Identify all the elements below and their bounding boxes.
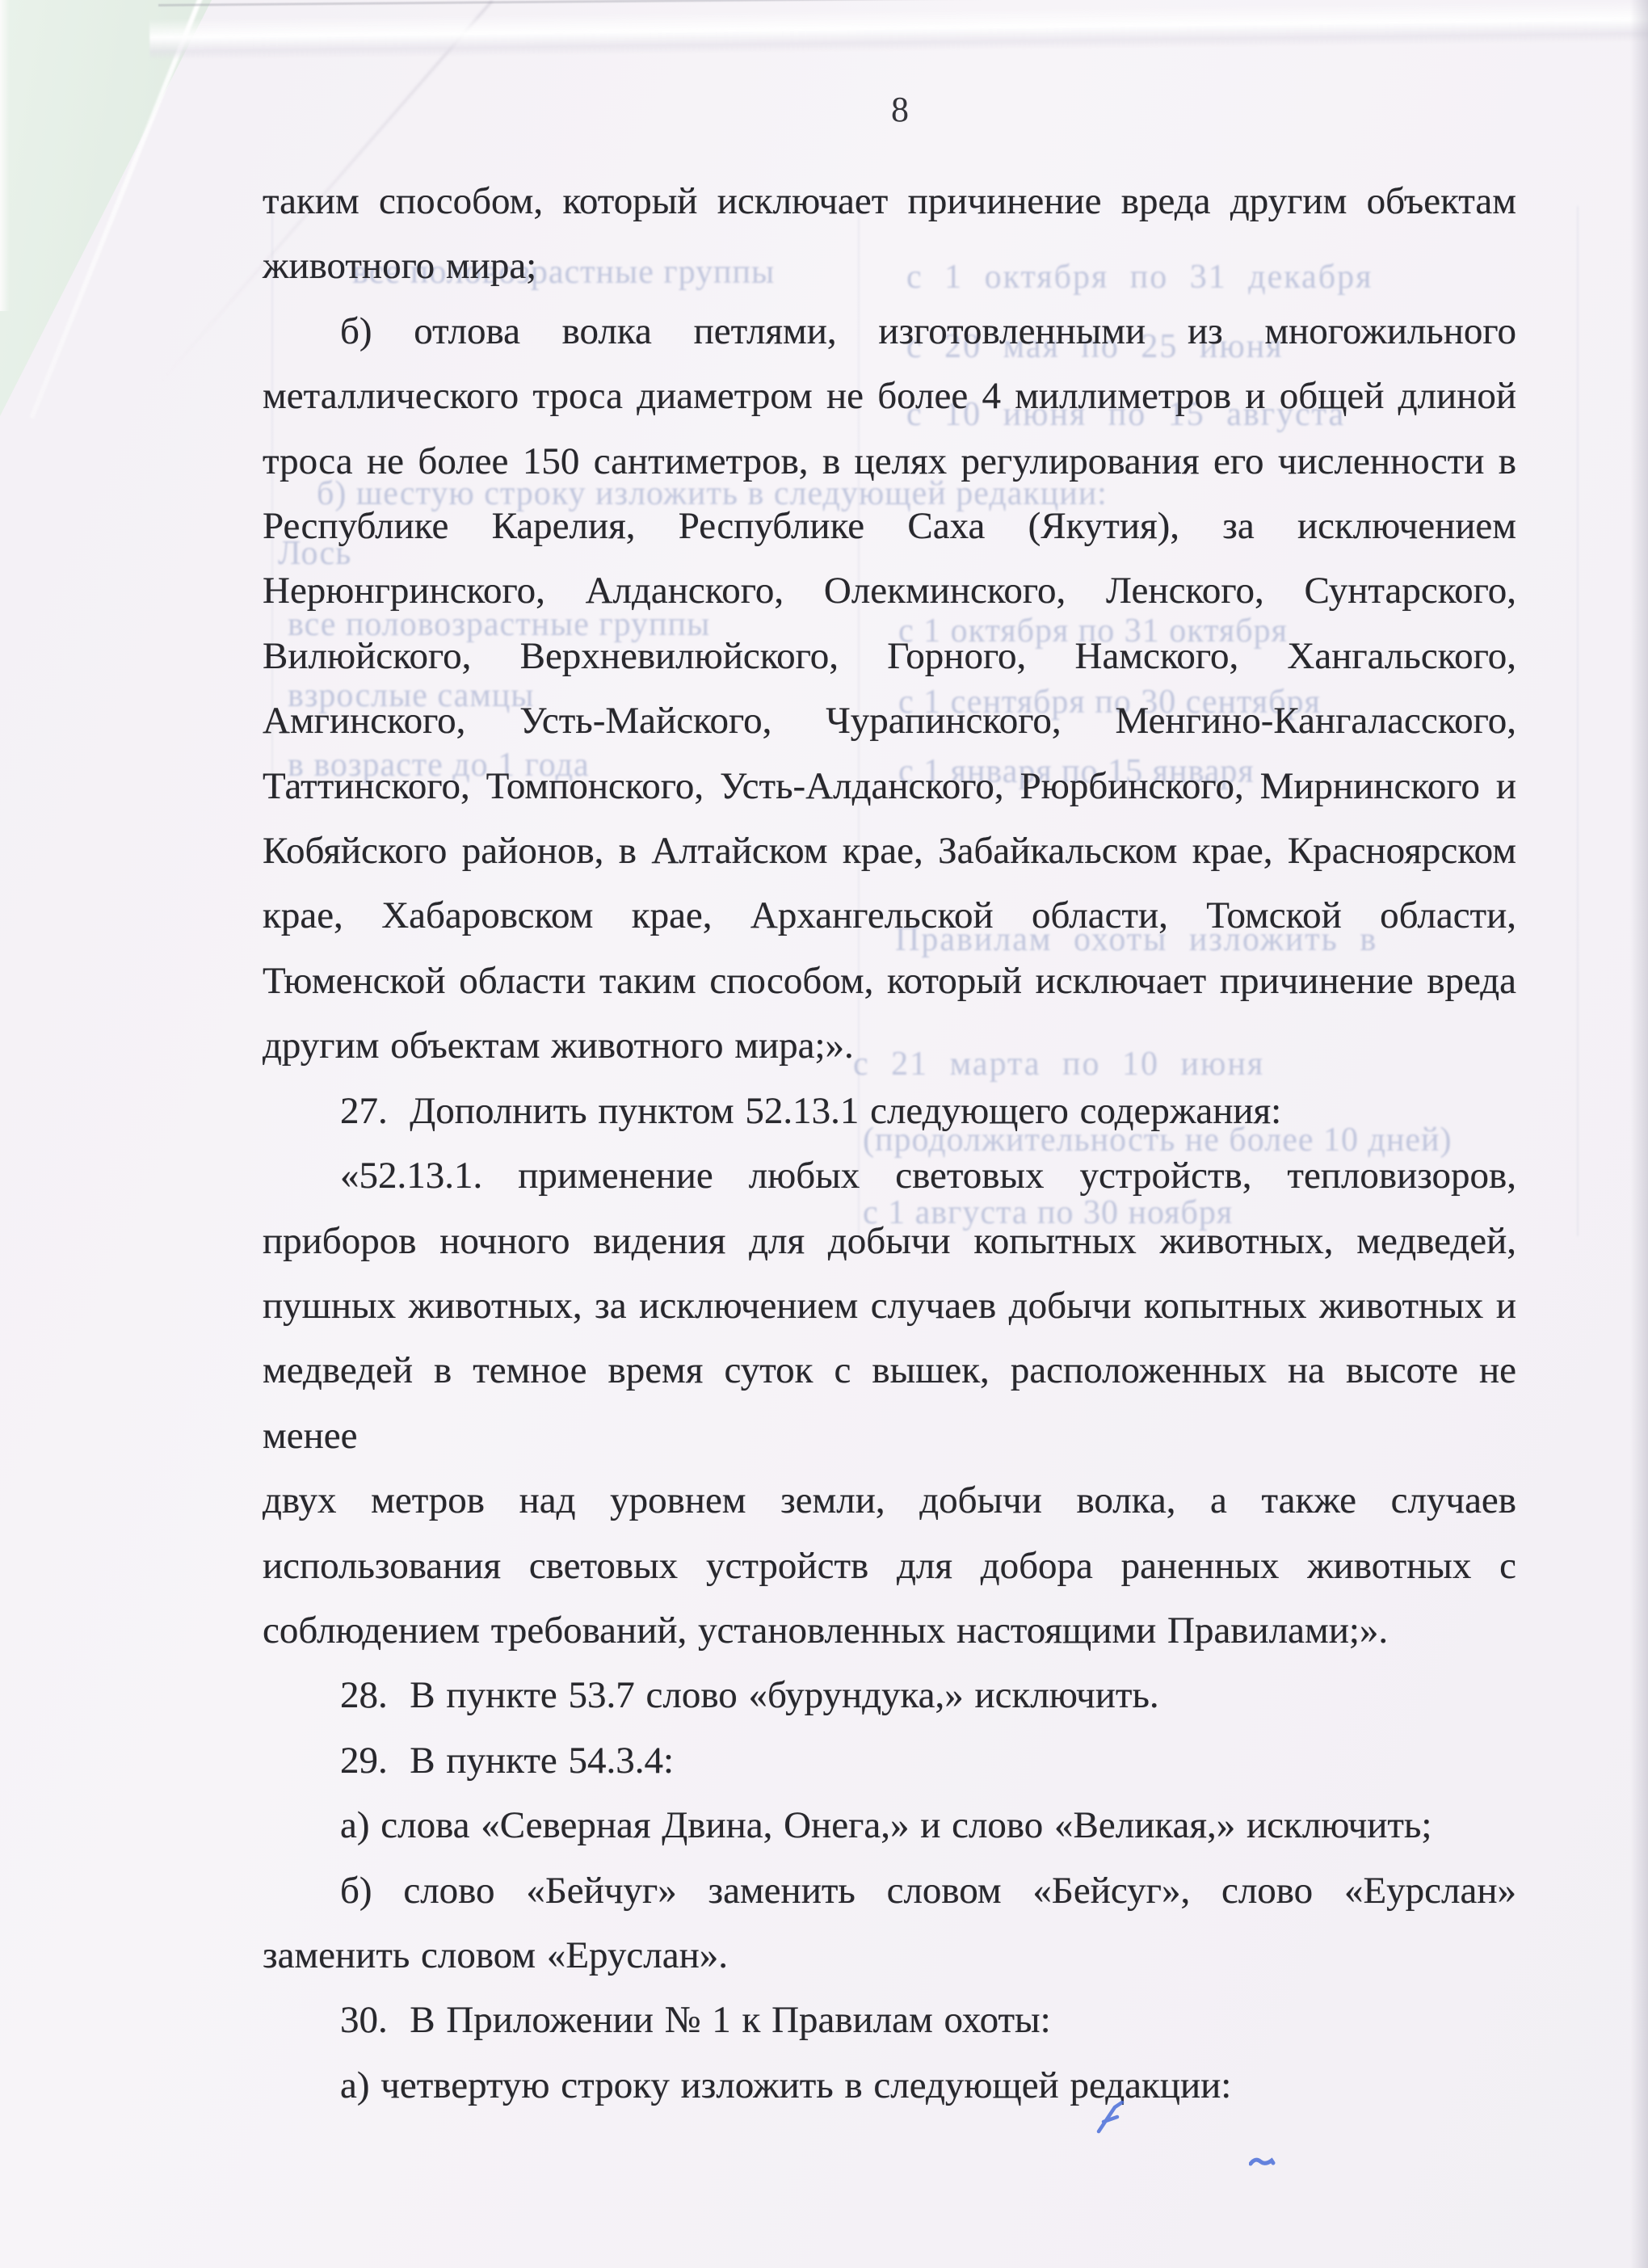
text-line: заменить словом «Еруслан».	[263, 1923, 1516, 1988]
text-line: 30. В Приложении № 1 к Правилам охоты:	[263, 1988, 1516, 2052]
page-number: 8	[876, 89, 924, 130]
text-line: крае, Хабаровском крае, Архангельской об…	[263, 883, 1516, 948]
scanner-bed-corner	[0, 0, 212, 416]
text-line: 27. Дополнить пунктом 52.13.1 следующего…	[263, 1079, 1516, 1143]
text-line: Республике Карелия, Республике Саха (Яку…	[263, 494, 1516, 558]
text-line: использования световых устройств для доб…	[263, 1534, 1516, 1598]
scan-right-shadow	[1630, 0, 1648, 2268]
text-line: а) слова «Северная Двина, Онега,» и слов…	[263, 1793, 1516, 1858]
horizontal-crease	[149, 1, 1648, 60]
text-line: таким способом, который исключает причин…	[263, 169, 1516, 234]
page-edge-highlight	[0, 0, 10, 311]
text-line: Амгинского, Усть-Майского, Чурапинского,…	[263, 688, 1516, 753]
text-line: Тюменской области таким способом, которы…	[263, 949, 1516, 1013]
text-line: троса не более 150 сантиметров, в целях …	[263, 429, 1516, 494]
text-line: Таттинского, Томпонского, Усть-Алданског…	[263, 754, 1516, 818]
blue-pen-stroke	[1095, 2098, 1128, 2136]
text-line: пушных животных, за исключением случаев …	[263, 1273, 1516, 1338]
text-line: приборов ночного видения для добычи копы…	[263, 1209, 1516, 1273]
text-line: Кобяйского районов, в Алтайском крае, За…	[263, 818, 1516, 883]
text-line: соблюдением требований, установленных на…	[263, 1598, 1516, 1663]
scanned-document-page: все половозрастные группы с 1 октября по…	[0, 0, 1648, 2268]
text-line: 28. В пункте 53.7 слово «бурундука,» иск…	[263, 1663, 1516, 1727]
text-line: медведей в темное время суток с вышек, р…	[263, 1338, 1516, 1468]
text-line: а) четвертую строку изложить в следующей…	[263, 2053, 1516, 2118]
text-line: 29. В пункте 54.3.4:	[263, 1728, 1516, 1793]
text-line: б) отлова волка петлями, изготовленными …	[263, 299, 1516, 364]
text-line: Вилюйского, Верхневилюйского, Горного, Н…	[263, 624, 1516, 688]
text-line: б) слово «Бейчуг» заменить словом «Бейсу…	[263, 1858, 1516, 1923]
text-line: «52.13.1. применение любых световых устр…	[263, 1143, 1516, 1208]
blue-pen-squiggle	[1249, 2154, 1276, 2170]
text-line: животного мира;	[263, 234, 1516, 298]
text-line: другим объектам животного мира;».	[263, 1013, 1516, 1078]
text-line: металлического троса диаметром не более …	[263, 364, 1516, 428]
document-body: таким способом, который исключает причин…	[263, 169, 1516, 2118]
text-line: двух метров над уровнем земли, добычи во…	[263, 1468, 1516, 1533]
text-line: Нерюнгринского, Алданского, Олекминского…	[263, 558, 1516, 623]
ghost-table-border	[1577, 206, 1579, 1236]
